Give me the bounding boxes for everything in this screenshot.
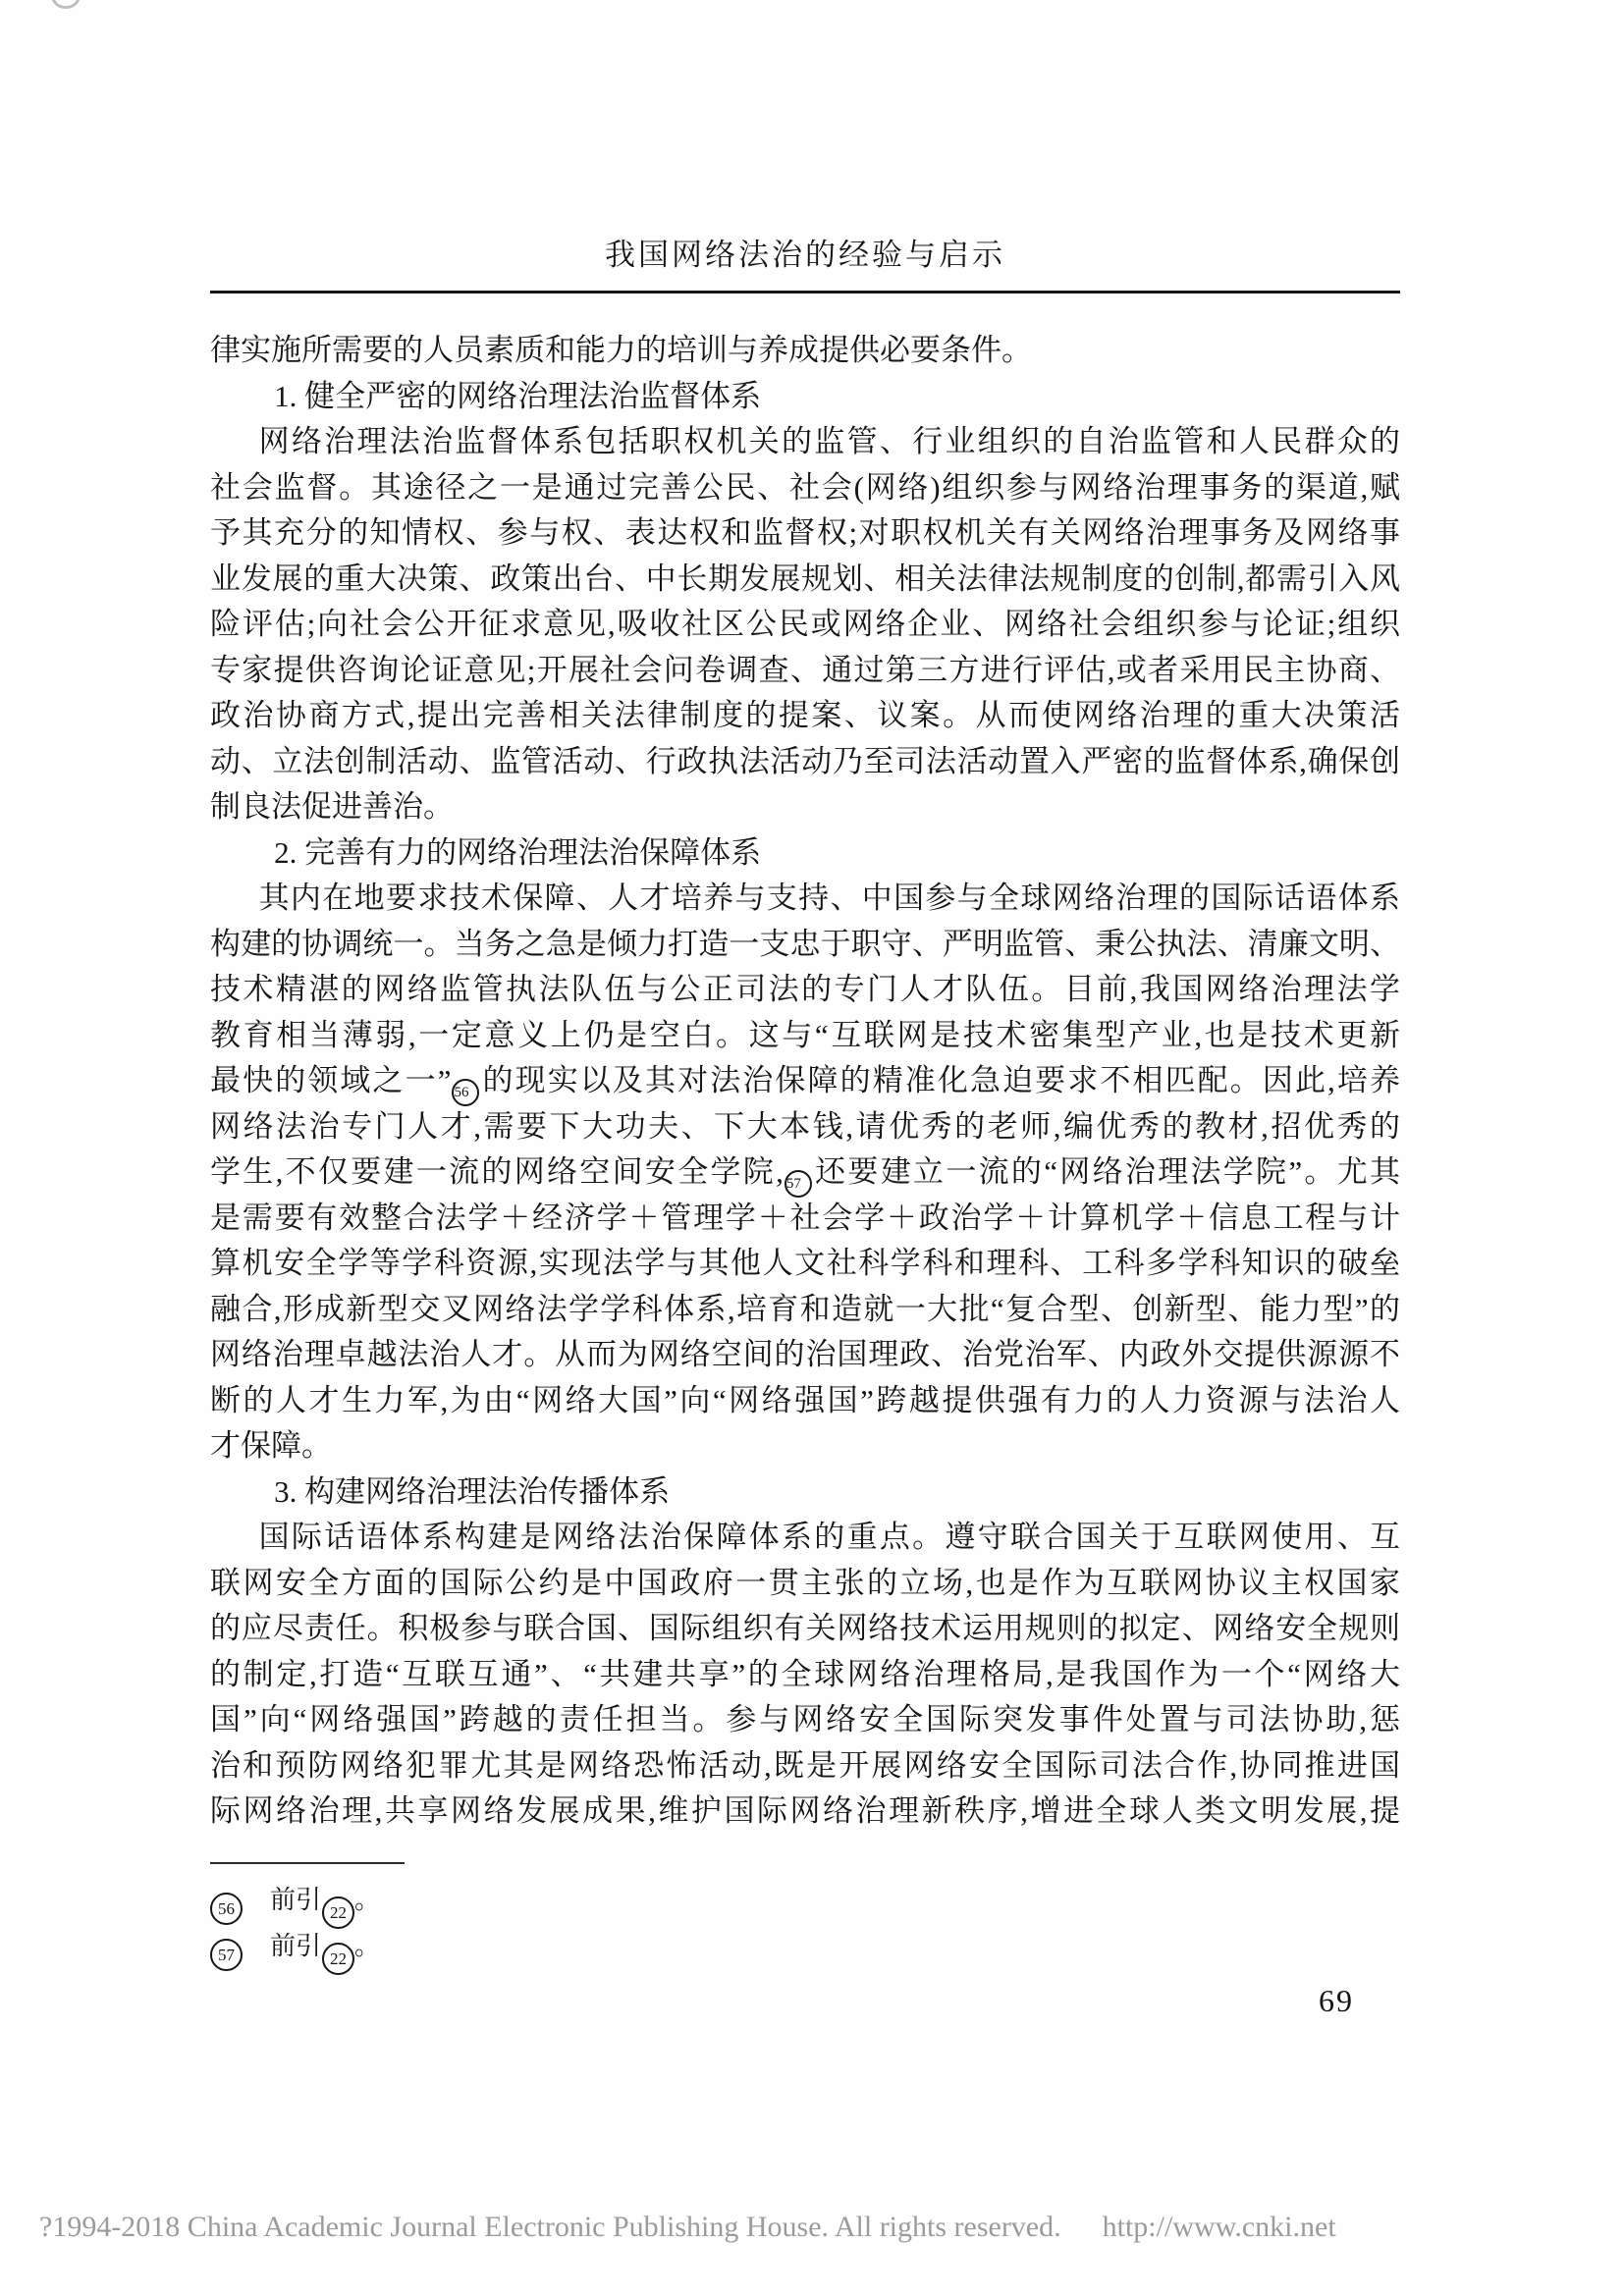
- text-line: 联网安全方面的国际公约是中国政府一贯主张的立场,也是作为互联网协议主权国家: [210, 1561, 1400, 1607]
- footnote-suffix: 。: [354, 1932, 380, 1960]
- page-number: 69: [1319, 1983, 1354, 2019]
- text-line: 际网络治理,共享网络发展成果,维护国际网络治理新秩序,增进全球人类文明发展,提: [210, 1789, 1400, 1835]
- text-line: 的制定,打造“互联互通”、“共建共享”的全球网络治理格局,是我国作为一个“网络大: [210, 1652, 1400, 1698]
- footnote-item: 57前引22。: [210, 1923, 1094, 1969]
- running-head-title: 我国网络法治的经验与启示: [210, 230, 1400, 274]
- text-line: 专家提供咨询论证意见;开展社会问卷调查、通过第三方进行评估,或者采用民主协商、: [210, 648, 1400, 694]
- text-line: 险评估;向社会公开征求意见,吸收社区公民或网络企业、网络社会组织参与论证;组织: [210, 602, 1400, 648]
- text-line: 动、立法创制活动、监管活动、行政执法活动乃至司法活动置入严密的监督体系,确保创: [210, 739, 1400, 785]
- text-line: 最快的领域之一”56的现实以及其对法治保障的精准化急迫要求不相匹配。因此,培养: [210, 1058, 1400, 1104]
- footnote-number-badge: 57: [210, 1939, 243, 1971]
- footnote-text: 前引: [270, 1886, 321, 1914]
- text-line: 才保障。: [210, 1423, 1400, 1469]
- footnote-item: 56前引22。: [210, 1877, 1094, 1923]
- footnote-suffix: 。: [354, 1886, 380, 1914]
- copyright-watermark: ?1994-2018 China Academic Journal Electr…: [39, 2211, 1581, 2244]
- text-line: 断的人才生力军,为由“网络大国”向“网络强国”跨越提供强有力的人力资源与法治人: [210, 1378, 1400, 1424]
- text-line: 构建的协调统一。当务之急是倾力打造一支忠于职守、严明监管、秉公执法、清廉文明、: [210, 922, 1400, 968]
- section-heading: 2. 完善有力的网络治理法治保障体系: [210, 830, 1400, 877]
- text-line: 社会监督。其途径之一是通过完善公民、社会(网络)组织参与网络治理事务的渠道,赋: [210, 465, 1400, 511]
- text-line: 治和预防网络犯罪尤其是网络恐怖活动,既是开展网络安全国际司法合作,协同推进国: [210, 1743, 1400, 1789]
- text-line: 政治协商方式,提出完善相关法律制度的提案、议案。从而使网络治理的重大决策活: [210, 693, 1400, 739]
- text-line: 融合,形成新型交叉网络法学学科体系,培育和造就一大批“复合型、创新型、能力型”的: [210, 1287, 1400, 1333]
- watermark-text: ?1994-2018 China Academic Journal Electr…: [39, 2211, 1061, 2243]
- footnotes-section: 56前引22。 57前引22。: [210, 1877, 1094, 1969]
- text-line: 制良法促进善治。: [210, 784, 1400, 830]
- footnote-ref-badge: 22: [322, 1943, 354, 1975]
- text-line: 业发展的重大决策、政策出台、中长期发展规划、相关法律法规制度的创制,都需引入风: [210, 557, 1400, 603]
- header-rule: [210, 291, 1400, 294]
- footnote-marker: 56: [452, 1079, 479, 1106]
- text-line: 是需要有效整合法学＋经济学＋管理学＋社会学＋政治学＋计算机学＋信息工程与计: [210, 1196, 1400, 1242]
- document-page: 我国网络法治的经验与启示 律实施所需要的人员素质和能力的培训与养成提供必要条件。…: [0, 0, 1624, 2296]
- text-line: 予其充分的知情权、参与权、表达权和监督权;对职权机关有关网络治理事务及网络事: [210, 510, 1400, 557]
- scan-artifact-mark: [51, 0, 81, 9]
- text-line: 教育相当薄弱,一定意义上仍是空白。这与“互联网是技术密集型产业,也是技术更新: [210, 1013, 1400, 1059]
- body-text: 律实施所需要的人员素质和能力的培训与养成提供必要条件。1. 健全严密的网络治理法…: [210, 328, 1400, 1835]
- text-line: 技术精湛的网络监管执法队伍与公正司法的专门人才队伍。目前,我国网络治理法学: [210, 967, 1400, 1013]
- text-line: 国际话语体系构建是网络法治保障体系的重点。遵守联合国关于互联网使用、互: [210, 1515, 1400, 1561]
- section-heading: 3. 构建网络治理法治传播体系: [210, 1469, 1400, 1516]
- text-line: 网络法治专门人才,需要下大功夫、下大本钱,请优秀的老师,编优秀的教材,招优秀的: [210, 1104, 1400, 1150]
- text-line: 算机安全学等学科资源,实现法学与其他人文社科学科和理科、工科多学科知识的破垒: [210, 1241, 1400, 1287]
- section-heading: 1. 健全严密的网络治理法治监督体系: [210, 374, 1400, 420]
- text-line: 的应尽责任。积极参与联合国、国际组织有关网络技术运用规则的拟定、网络安全规则: [210, 1606, 1400, 1652]
- text-line: 网络治理法治监督体系包括职权机关的监管、行业组织的自治监管和人民群众的: [210, 419, 1400, 465]
- text-line: 其内在地要求技术保障、人才培养与支持、中国参与全球网络治理的国际话语体系: [210, 876, 1400, 922]
- watermark-url: http://www.cnki.net: [1103, 2211, 1336, 2243]
- text-line: 国”向“网络强国”跨越的责任担当。参与网络安全国际突发事件处置与司法协助,惩: [210, 1697, 1400, 1743]
- text-line: 网络治理卓越法治人才。从而为网络空间的治国理政、治党治军、内政外交提供源源不: [210, 1332, 1400, 1378]
- footnote-separator: [210, 1862, 405, 1864]
- footnote-number-badge: 56: [210, 1893, 243, 1925]
- text-line: 学生,不仅要建一流的网络空间安全学院,57还要建立一流的“网络治理法学院”。尤其: [210, 1149, 1400, 1196]
- text-line: 律实施所需要的人员素质和能力的培训与养成提供必要条件。: [210, 328, 1400, 374]
- footnote-marker: 57: [785, 1170, 812, 1198]
- footnote-text: 前引: [270, 1932, 321, 1960]
